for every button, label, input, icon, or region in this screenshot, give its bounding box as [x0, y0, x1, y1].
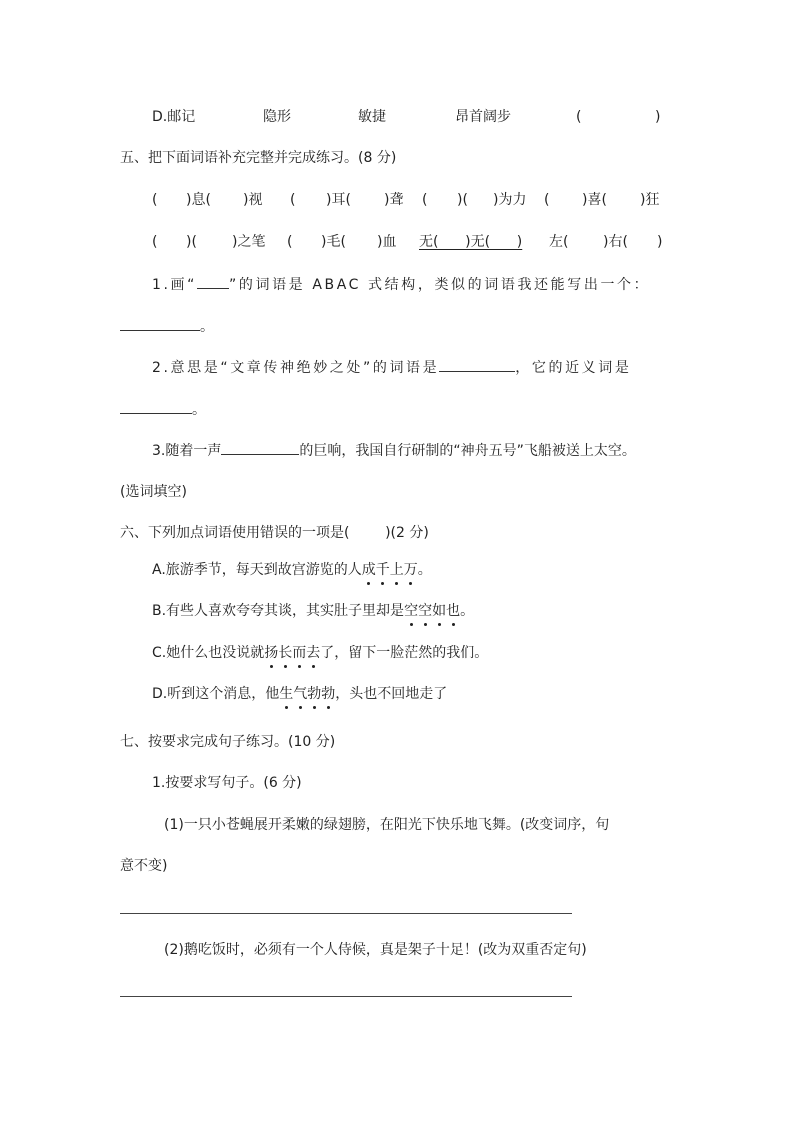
answer-blank[interactable] [439, 357, 515, 372]
underlined-idiom: 无( )无( ) [419, 232, 522, 252]
answer-blank[interactable] [120, 316, 200, 331]
answer-line-5-2: 。 [120, 399, 206, 420]
idiom-part: ( [290, 190, 295, 210]
answer-line-5-1: 。 [120, 316, 214, 337]
idiom-part: )右( [603, 232, 628, 252]
answer-blank[interactable] [120, 399, 192, 414]
idiom-part: )视 [243, 190, 262, 210]
idiom-part: ( [544, 190, 549, 210]
question-5-2: 2.意思是“文章传神绝妙之处”的词语是，它的近义词是 [152, 357, 631, 378]
question-5-3: 3.随着一声的巨响，我国自行研制的“神舟五号”飞船被送上太空。 [152, 440, 636, 461]
option-text: 。 [418, 562, 432, 578]
answer-rule-2[interactable] [120, 996, 572, 997]
answer-blank[interactable] [197, 274, 229, 289]
option-b: B.有些人喜欢夸夸其谈，其实肚子里却是空空如也。 [152, 601, 474, 621]
idiom-part: ( [152, 190, 157, 210]
option-text: B.有些人喜欢夸夸其谈，其实肚子里却是 [152, 603, 404, 619]
sentence-item-1: (1)一只小苍蝇展开柔嫩的绿翅膀，在阳光下快乐地飞舞。(改变词序，句 [164, 815, 609, 835]
question-text: 3.随着一声 [152, 443, 221, 459]
section-5-title: 五、把下面词语补充完整并完成练习。(8 分) [120, 148, 396, 168]
idiom-part: ( [152, 232, 157, 252]
period: 。 [192, 402, 206, 418]
option-d-word-2: 隐形 [263, 107, 291, 127]
idiom-part: )毛( [321, 232, 346, 252]
section-6-title: 六、下列加点词语使用错误的一项是( )(2 分) [120, 523, 429, 543]
idiom-part: )( [186, 232, 197, 252]
answer-paren-open: ( [576, 107, 581, 127]
period: 。 [200, 319, 214, 335]
option-text: 。 [460, 603, 474, 619]
idiom-part: )血 [377, 232, 396, 252]
option-text: C.她什么也没说就 [152, 645, 264, 661]
answer-blank[interactable] [221, 440, 299, 455]
option-a: A.旅游季节，每天到故宫游览的人成千上万。 [152, 560, 432, 580]
idiom-part: 左( [549, 232, 568, 252]
option-text: 了，留下一脸茫然的我们。 [320, 645, 488, 661]
idiom-part: )耳( [326, 190, 351, 210]
idiom-part: )息( [186, 190, 211, 210]
option-d: D.听到这个消息，他生气勃勃，头也不回地走了 [152, 684, 447, 704]
option-d-label: D.邮记 [152, 107, 195, 127]
idiom-part: ( [422, 190, 427, 210]
option-c: C.她什么也没说就扬长而去了，留下一脸茫然的我们。 [152, 643, 488, 663]
idiom-part: ( [287, 232, 292, 252]
answer-paren-close: ) [655, 107, 660, 127]
idiom-part: )聋 [384, 190, 403, 210]
question-5-3-note: (选词填空) [120, 482, 187, 502]
dotted-phrase: 扬长而去 [264, 645, 320, 661]
section-7-title: 七、按要求完成句子练习。(10 分) [120, 732, 335, 752]
dotted-phrase: 生气勃勃 [279, 686, 335, 702]
option-d-word-3: 敏捷 [358, 107, 386, 127]
section-7-sub-1: 1.按要求写句子。(6 分) [152, 773, 302, 793]
question-text: 的巨响，我国自行研制的“神舟五号”飞船被送上太空。 [299, 443, 636, 459]
idiom-part: )为力 [493, 190, 526, 210]
question-text: 1.画“ [152, 277, 197, 293]
option-text: A.旅游季节，每天到故宫游览的人 [152, 562, 362, 578]
idiom-part: )狂 [640, 190, 659, 210]
answer-rule-1[interactable] [120, 913, 572, 914]
question-5-1: 1.画“”的词语是 ABAC 式结构，类似的词语我还能写出一个： [152, 274, 650, 295]
idiom-part: )( [457, 190, 468, 210]
question-text: ”的词语是 ABAC 式结构，类似的词语我还能写出一个： [229, 277, 650, 293]
option-text: ，头也不回地走了 [335, 686, 447, 702]
option-d-word-4: 昂首阔步 [455, 107, 511, 127]
dotted-phrase: 空空如也 [404, 603, 460, 619]
option-text: D.听到这个消息，他 [152, 686, 279, 702]
sentence-item-1-cont: 意不变) [120, 856, 167, 876]
question-text: 2.意思是“文章传神绝妙之处”的词语是 [152, 360, 439, 376]
sentence-item-2: (2)鹅吃饭时，必须有一个人侍候，真是架子十足！(改为双重否定句) [164, 940, 587, 960]
idiom-part: )喜( [582, 190, 607, 210]
question-text: ，它的近义词是 [515, 360, 631, 376]
dotted-phrase: 成千上万 [362, 562, 418, 578]
idiom-part: )之笔 [232, 232, 265, 252]
idiom-part: ) [657, 232, 662, 252]
